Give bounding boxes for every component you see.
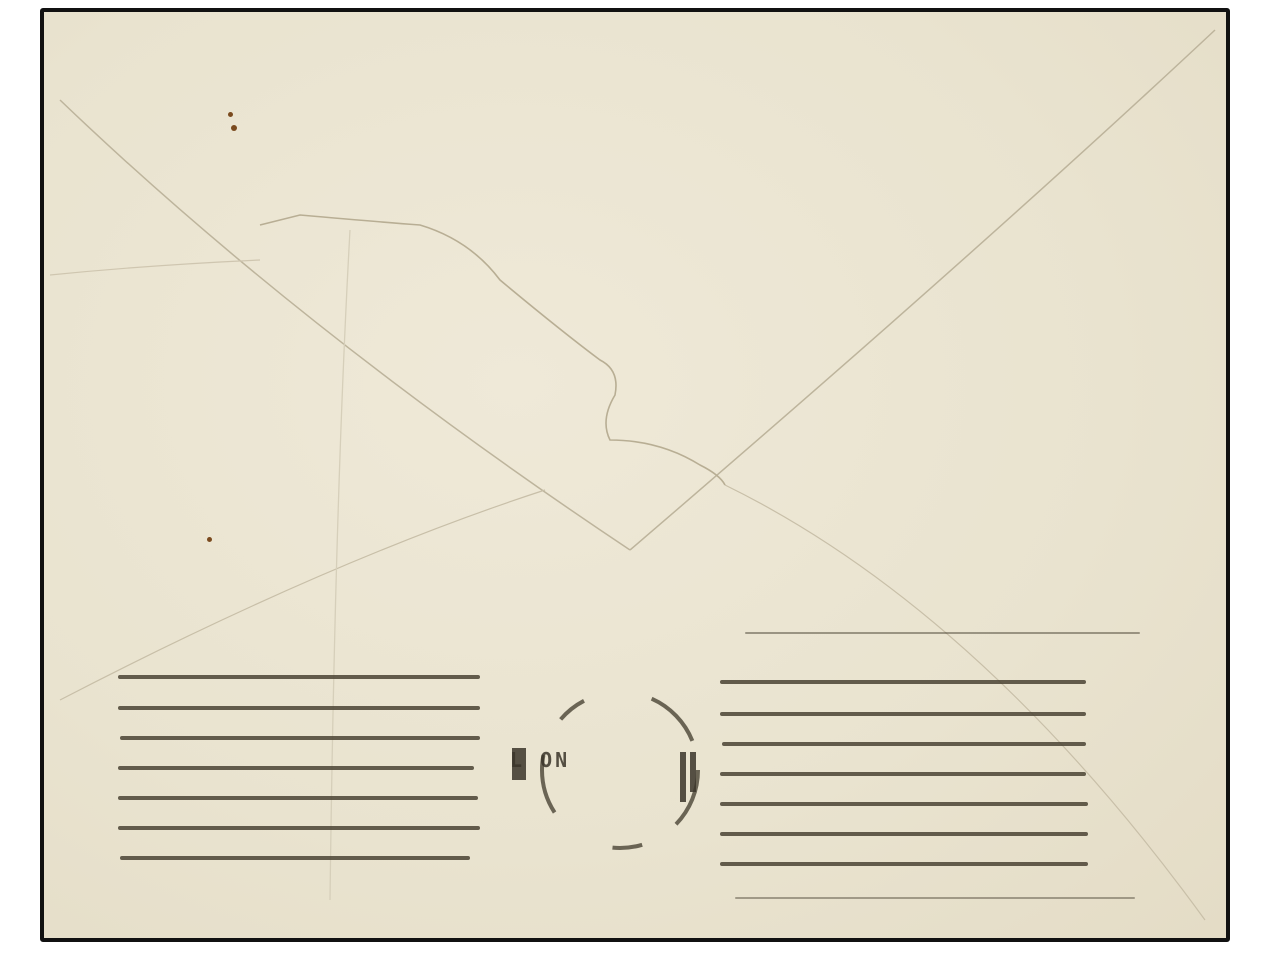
postmark-text: L ON (510, 748, 570, 772)
foxing-spot (231, 125, 237, 131)
envelope-flap-lines (0, 0, 1276, 956)
foxing-spot (228, 112, 233, 117)
foxing-spot (207, 537, 212, 542)
